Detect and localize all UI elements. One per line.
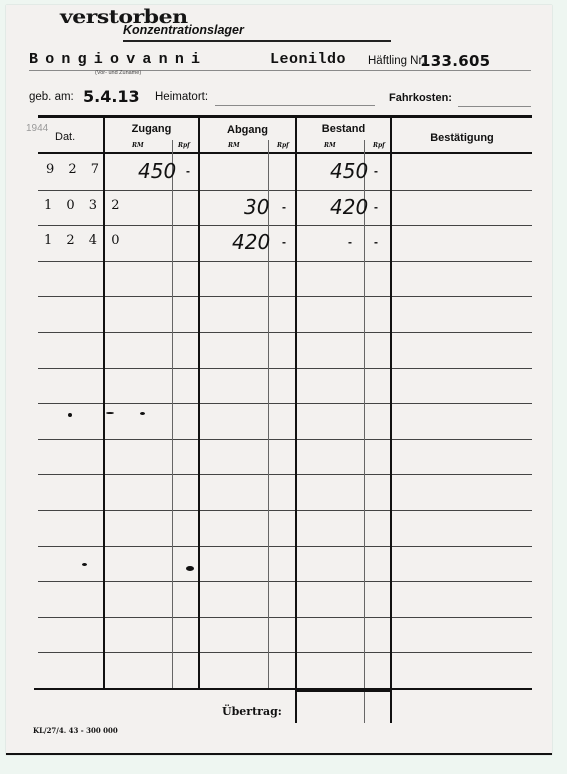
row-rule (38, 403, 532, 404)
row-rule (38, 261, 532, 262)
unit-rm: RM (132, 142, 144, 149)
row-rule (38, 225, 532, 226)
row-rule (38, 652, 532, 653)
name-underline (29, 70, 369, 71)
divider (364, 140, 365, 723)
birth-date: 5.4.13 (83, 87, 140, 106)
divider (390, 118, 392, 723)
amount-rm: 420 (330, 195, 368, 219)
number-underline (368, 70, 531, 71)
row-rule (38, 581, 532, 582)
divider (268, 140, 269, 688)
amount-rpf: - (374, 164, 378, 178)
entry-date: 1 0 3 2 (44, 198, 124, 213)
unit-rm: RM (324, 142, 336, 149)
unit-rpf: Rpf (178, 142, 190, 149)
divider (172, 140, 173, 688)
row-rule (38, 439, 532, 440)
amount-rpf: - (374, 235, 378, 249)
col-balance: Bestand (296, 123, 391, 135)
col-date: Dat. (55, 131, 75, 143)
amount-rpf: - (374, 200, 378, 214)
row-rule (38, 190, 532, 191)
row-rule (38, 474, 532, 475)
ink-speck (186, 566, 194, 571)
hometown-label: Heimatort: (155, 91, 208, 103)
form-code: KL/27/4. 43 - 300 000 (33, 726, 118, 735)
row-rule (38, 296, 532, 297)
amount-rpf: - (282, 235, 286, 249)
name-caption: (Vor- und Zuname) (95, 70, 141, 76)
amount-rm: 420 (232, 230, 270, 254)
surname: Bongiovanni (29, 51, 207, 68)
paper-bottom-edge (6, 753, 552, 755)
header-bottom-rule (38, 152, 532, 154)
table-bottom-rule (34, 688, 532, 690)
ink-speck (82, 563, 87, 566)
birth-date-label: geb. am: (29, 91, 74, 103)
ink-speck (140, 412, 145, 415)
row-rule (38, 617, 532, 618)
prisoner-number-label: Häftling Nr. (368, 55, 425, 67)
hometown-underline (215, 105, 375, 106)
unit-rm: RM (228, 142, 240, 149)
row-rule (38, 510, 532, 511)
table-top-rule (38, 115, 532, 118)
carry-over-label: Übertrag: (222, 705, 282, 718)
ink-speck (106, 412, 114, 414)
amount-rpf: - (186, 164, 190, 178)
year-note: 1944 (26, 123, 48, 134)
unit-rpf: Rpf (373, 142, 385, 149)
divider (295, 118, 297, 723)
col-incoming: Zugang (104, 123, 199, 135)
entry-date: 9 2 7 (46, 162, 104, 177)
ink-speck (68, 413, 72, 417)
row-rule (38, 332, 532, 333)
title-underline (123, 40, 391, 42)
amount-rm: 450 (330, 159, 368, 183)
travel-cost-underline (458, 106, 531, 107)
col-outgoing: Abgang (199, 124, 296, 136)
travel-cost-label: Fahrkosten: (389, 92, 452, 104)
row-rule (38, 368, 532, 369)
amount-rm: 450 (138, 159, 176, 183)
divider (198, 118, 200, 688)
first-name: Leonildo (270, 51, 346, 68)
camp-title: Konzentrationslager (123, 23, 244, 37)
unit-rpf: Rpf (277, 142, 289, 149)
col-confirmation: Bestätigung (392, 132, 532, 144)
row-rule (38, 546, 532, 547)
prisoner-number: 133.605 (420, 52, 490, 70)
amount-rm: 30 (244, 195, 269, 219)
carry-over-rule (295, 688, 391, 692)
entry-date: 1 2 4 0 (44, 233, 124, 248)
amount-rm: - (348, 235, 352, 249)
amount-rpf: - (282, 200, 286, 214)
